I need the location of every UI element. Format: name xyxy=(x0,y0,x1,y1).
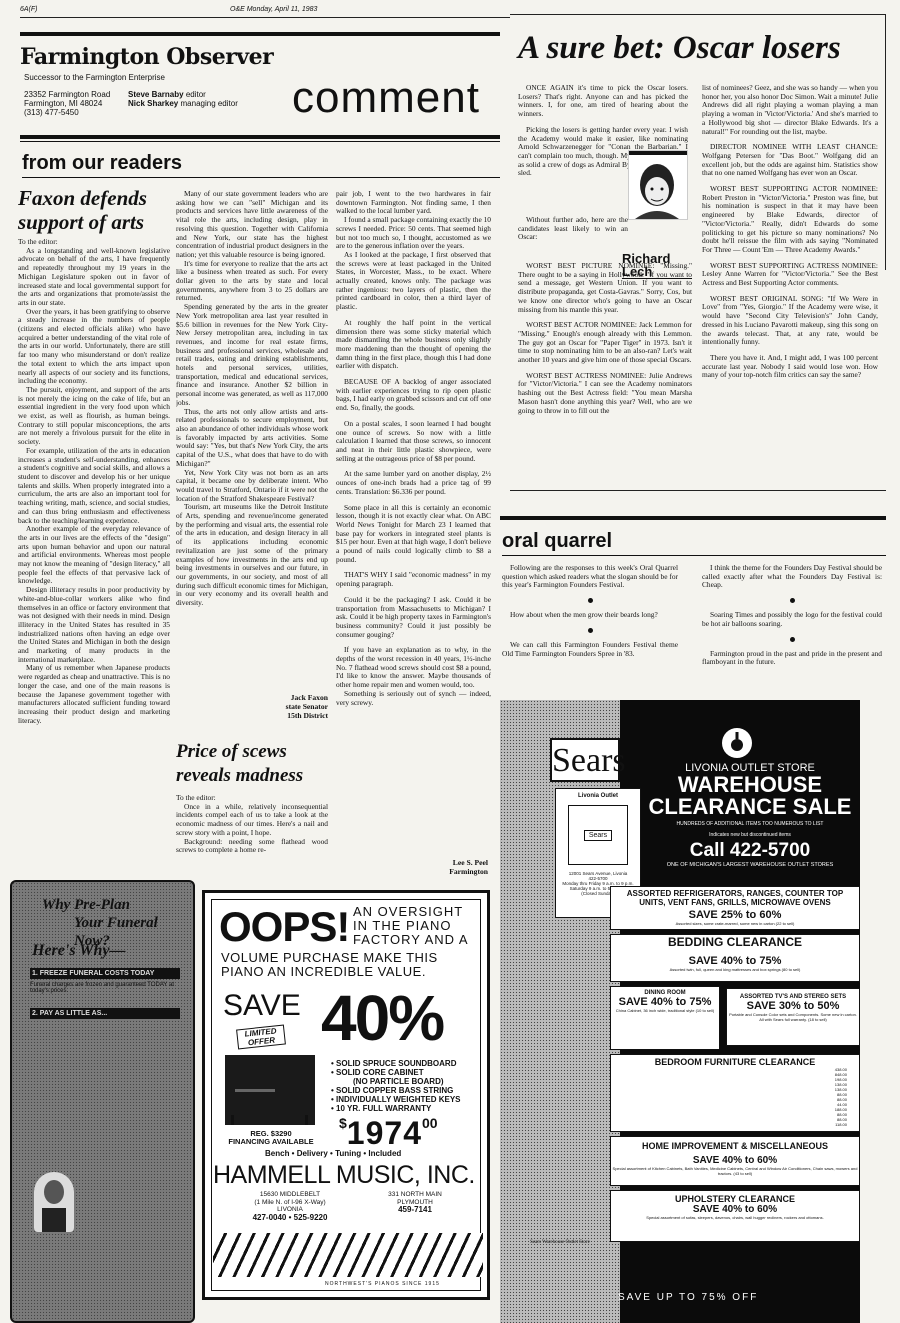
signature-name: Jack Faxon xyxy=(200,693,328,702)
paragraph: If you have an explanation as to why, in… xyxy=(336,646,491,690)
funeral-bar1: 1. FREEZE FUNERAL COSTS TODAY xyxy=(30,968,180,979)
columnist-portrait-icon xyxy=(629,151,687,219)
paragraph: DIRECTOR NOMINEE WITH LEAST CHANCE: Wolf… xyxy=(702,143,878,178)
paragraph: The pursuit, enjoyment, and support of t… xyxy=(18,386,170,447)
paragraph: WORST BEST SUPPORTING ACTOR NOMINEE: Rob… xyxy=(702,185,878,255)
piano-tagline: NORTHWEST'S PIANOS SINCE 1915 xyxy=(325,1281,440,1287)
paragraph: As a longstanding and well-known legisla… xyxy=(18,247,170,308)
livonia-location: 15630 MIDDLEBELT(1 Mile N. of I-96 X-Way… xyxy=(235,1191,345,1221)
paragraph: At the same lumber yard on another displ… xyxy=(336,470,491,496)
sears-footer: SAVE UP TO 75% OFF xyxy=(618,1292,758,1303)
sears-box-bedroom: BEDROOM FURNITURE CLEARANCE 438.00848.00… xyxy=(610,1054,860,1132)
letter2-headline-line1: Price of scews xyxy=(176,740,336,764)
masthead-editors: Steve Barnaby editor Nick Sharkey managi… xyxy=(128,90,238,108)
feature-item: • SOLID CORE CABINET xyxy=(331,1068,461,1077)
paragraph: Spending generated by the arts in the gr… xyxy=(176,303,328,407)
paragraph: Some place in all this is certainly an e… xyxy=(336,504,491,565)
editor-role: editor xyxy=(186,90,206,99)
map-store-marker: Sears xyxy=(584,830,612,841)
sears-headline2: CLEARANCE SALE xyxy=(640,796,860,818)
paragraph: THAT'S WHY I said "economic madness" in … xyxy=(336,571,491,588)
letter1-column-1: To the editor: As a longstanding and wel… xyxy=(18,238,170,848)
masthead-successor: Successor to the Farmington Enterprise xyxy=(24,73,165,82)
warehouse-label: Sears Warehouse Outlet Store xyxy=(520,1240,600,1245)
feature-item: • SOLID COPPER BASS STRING xyxy=(331,1086,461,1095)
signature-name: Lee S. Peel xyxy=(380,858,488,867)
sears-box-tv: ASSORTED TV'S AND STEREO SETS SAVE 30% t… xyxy=(726,988,860,1046)
sears-headline1: WAREHOUSE xyxy=(640,774,860,796)
piano-keyboard-graphic xyxy=(213,1233,483,1277)
paragraph: WORST BEST PICTURE NOMINEE: "Missing." T… xyxy=(518,262,692,314)
feature-item: • INDIVIDUALLY WEIGHTED KEYS xyxy=(331,1095,461,1104)
editor-name: Steve Barnaby xyxy=(128,90,184,99)
feature-item: • SOLID SPRUCE SOUNDBOARD xyxy=(331,1059,461,1068)
sears-box-refrigerators: ASSORTED REFRIGERATORS, RANGES, COUNTER … xyxy=(610,886,860,930)
masthead-top-rule xyxy=(20,32,500,36)
piano-reg: REG. $3290FINANCING AVAILABLE xyxy=(221,1130,321,1146)
piano-image xyxy=(225,1055,315,1125)
letter1-column-2: Many of our state government leaders who… xyxy=(176,190,328,690)
bullet-icon xyxy=(588,628,593,633)
letter1-signature: Jack Faxon state Senator 15th District xyxy=(200,693,328,720)
quarrel-response: I think the theme for the Founders Day F… xyxy=(702,564,882,590)
managing-editor-role: managing editor xyxy=(181,99,238,108)
funeral-bar2: 2. PAY AS LITTLE AS... xyxy=(30,1008,180,1019)
signature-title: state Senator xyxy=(200,702,328,711)
letter2-headline: Price of scews reveals madness xyxy=(176,740,336,788)
swirl-icon xyxy=(722,728,752,758)
sears-largest: ONE OF MICHIGAN'S LARGEST WAREHOUSE OUTL… xyxy=(640,862,860,868)
page-number: 6A(F) xyxy=(20,6,38,13)
sears-indicates: Indicates new but discontinued items xyxy=(640,832,860,838)
paragraph: On a postal scales, I soon learned I had… xyxy=(336,420,491,464)
paragraph: Without further ado, here are the candid… xyxy=(518,216,628,242)
paragraph: WORST BEST ORIGINAL SONG: "If We Were in… xyxy=(702,295,878,347)
masthead-bottom-thin-rule xyxy=(20,141,500,142)
sears-box-bedding: BEDDING CLEARANCE SAVE 40% to 75% Assort… xyxy=(610,934,860,982)
letter1-headline-line2: support of arts xyxy=(18,210,178,234)
funeral-ad: Why Pre-Plan Your Funeral Now? Here's Wh… xyxy=(10,880,195,1323)
person-portrait-icon xyxy=(34,1172,74,1232)
piano-40-percent: 40% xyxy=(321,981,443,1055)
paragraph: Something is seriously out of synch — in… xyxy=(336,690,491,707)
piano-volume: VOLUME PURCHASE MAKE THIS PIANO AN INCRE… xyxy=(221,951,481,979)
feature-item: (NO PARTICLE BOARD) xyxy=(331,1077,461,1086)
sears-box-dining: DINING ROOM SAVE 40% to 75% China Cabine… xyxy=(610,986,720,1050)
quarrel-response: We can call this Farmington Founders Fes… xyxy=(502,641,678,658)
paragraph: BECAUSE OF A backlog of anger associated… xyxy=(336,378,491,413)
sears-emblem-icon xyxy=(722,728,752,758)
masthead-title: Farmington Observer xyxy=(20,44,273,70)
quarrel-response: How about when the men grow their beards… xyxy=(502,611,678,620)
sears-logo: Sears xyxy=(550,738,620,782)
oscar-headline: A sure bet: Oscar losers xyxy=(518,30,841,67)
letter1-headline: Faxon defends support of arts xyxy=(18,186,178,234)
oscar-column-2: list of nominees? Geez, and she was so h… xyxy=(702,84,878,484)
oscar-box-bottom xyxy=(510,490,886,491)
feature-item: • 10 YR. FULL WARRANTY xyxy=(331,1104,461,1113)
quarrel-intro: Following are the responses to this week… xyxy=(502,564,678,590)
paragraph: pair job, I went to the two hardwares in… xyxy=(336,190,491,216)
masthead-address: 23352 Farmington Road Farmington, MI 480… xyxy=(24,90,110,117)
address-street: 23352 Farmington Road xyxy=(24,90,110,99)
price-cents: 00 xyxy=(422,1115,438,1131)
quarrel-response: Farmington proud in the past and pride i… xyxy=(702,650,882,667)
paragraph: WORST BEST ACTRESS NOMINEE: Julie Andrew… xyxy=(518,372,692,416)
hammell-music-logo: HAMMELL MUSIC, INC. xyxy=(213,1161,475,1190)
paragraph: For example, utilization of the arts in … xyxy=(18,447,170,525)
address-city: Farmington, MI 48024 xyxy=(24,99,110,108)
letter2-column-3: pair job, I went to the two hardwares in… xyxy=(336,190,491,850)
letter2-column-2: To the editor: Once in a while, relative… xyxy=(176,794,328,870)
section-from-our-readers: from our readers xyxy=(22,152,500,178)
funeral-body1: Funeral charges are frozen and guarantee… xyxy=(30,982,180,994)
section-comment-title: comment xyxy=(292,76,480,120)
paragraph: At roughly the half point in the vertica… xyxy=(336,319,491,371)
funeral-director-photo xyxy=(34,1172,74,1232)
oscar-intro-wrap: Without further ado, here are the candid… xyxy=(518,216,628,260)
paragraph: There you have it. And, I might add, I w… xyxy=(702,354,878,380)
piano-price: $197400 xyxy=(339,1115,438,1152)
paragraph: Design illiteracy results in poor produc… xyxy=(18,586,170,664)
paragraph: I found a small package containing exact… xyxy=(336,216,491,251)
piano-features: • SOLID SPRUCE SOUNDBOARD • SOLID CORE C… xyxy=(331,1059,461,1113)
dateline: O&E Monday, April 11, 1983 xyxy=(230,6,317,13)
piano-icon xyxy=(225,1055,315,1125)
paragraph: list of nominees? Geez, and she was so h… xyxy=(702,84,878,136)
paragraph: Tourism, art museums like the Detroit In… xyxy=(176,503,328,607)
sears-sub: HUNDREDS OF ADDITIONAL ITEMS TOO NUMEROU… xyxy=(640,821,860,827)
paragraph: Could it be the packaging? I ask. Could … xyxy=(336,596,491,640)
columnist-photo xyxy=(628,150,688,220)
sears-ad: Sears Livonia Outlet Sears 12001 Sears A… xyxy=(500,700,890,1323)
piano-included: Bench • Delivery • Tuning • Included xyxy=(265,1149,401,1158)
managing-editor-name: Nick Sharkey xyxy=(128,99,178,108)
letter2-signature: Lee S. Peel Farmington xyxy=(380,858,488,876)
paragraph: Another example of the everyday relevanc… xyxy=(18,525,170,586)
bedroom-price-list: 438.00848.00198.00138.00138.0088.0088.00… xyxy=(611,1067,859,1127)
piano-oversight: AN OVERSIGHT IN THE PIANO FACTORY AND A xyxy=(353,905,481,947)
piano-oops: OOPS! xyxy=(219,903,349,951)
price-dollars: 1974 xyxy=(347,1115,422,1151)
paragraph: Thus, the arts not only allow artists an… xyxy=(176,408,328,469)
funeral-line3: Here's Why— xyxy=(32,942,125,960)
oscar-column-1-cont: WORST BEST PICTURE NOMINEE: "Missing." T… xyxy=(518,262,692,486)
folio: 6A(F) O&E Monday, April 11, 1983 xyxy=(20,6,510,18)
sears-box-upholstery: UPHOLSTERY CLEARANCE SAVE 40% to 60% Spe… xyxy=(610,1190,860,1242)
sears-margin xyxy=(860,700,890,1323)
funeral-line1: Why Pre-Plan xyxy=(42,896,193,914)
paragraph: Background: needing some flathead wood s… xyxy=(176,838,328,855)
sears-box-home-improvement: HOME IMPROVEMENT & MISCELLANEOUS SAVE 40… xyxy=(610,1136,860,1186)
bullet-icon xyxy=(790,598,795,603)
paragraph: WORST BEST SUPPORTING ACTRESS NOMINEE: L… xyxy=(702,262,878,288)
masthead-bottom-rule xyxy=(20,135,500,139)
paragraph: Many of us remember when Japanese produc… xyxy=(18,664,170,725)
paragraph: WORST BEST ACTOR NOMINEE: Jack Lemmon fo… xyxy=(518,321,692,365)
signature-town: Farmington xyxy=(380,867,488,876)
letter1-headline-line1: Faxon defends xyxy=(18,186,178,210)
quarrel-response: Soaring Times and possibly the logo for … xyxy=(702,611,882,628)
paragraph: It's time for everyone to realize that t… xyxy=(176,260,328,304)
address-phone: (313) 477-5450 xyxy=(24,108,110,117)
paragraph: Once in a while, relatively inconsequent… xyxy=(176,803,328,838)
paragraph: Over the years, it has been gratifying t… xyxy=(18,308,170,386)
quarrel-top-rule xyxy=(500,516,886,520)
piano-save: SAVE xyxy=(223,989,301,1023)
paragraph: ONCE AGAIN it's time to pick the Oscar l… xyxy=(518,84,688,119)
paragraph: Yet, New York City was not born as an ar… xyxy=(176,469,328,504)
sears-headline: LIVONIA OUTLET STORE WAREHOUSE CLEARANCE… xyxy=(640,762,860,868)
paragraph: Many of our state government leaders who… xyxy=(176,190,328,260)
paragraph: As I looked at the package, I first obse… xyxy=(336,251,491,312)
sears-phone: Call 422-5700 xyxy=(640,840,860,862)
plymouth-location: 331 NORTH MAINPLYMOUTH459-7141 xyxy=(375,1191,455,1214)
bullet-icon xyxy=(588,598,593,603)
signature-district: 15th District xyxy=(200,711,328,720)
quarrel-column-2: I think the theme for the Founders Day F… xyxy=(702,564,882,684)
section-oral-quarrel: oral quarrel xyxy=(502,530,886,556)
piano-ad: OOPS! AN OVERSIGHT IN THE PIANO FACTORY … xyxy=(202,890,490,1300)
bullet-icon xyxy=(790,637,795,642)
letter2-headline-line2: reveals madness xyxy=(176,764,336,788)
quarrel-column-1: Following are the responses to this week… xyxy=(502,564,678,684)
